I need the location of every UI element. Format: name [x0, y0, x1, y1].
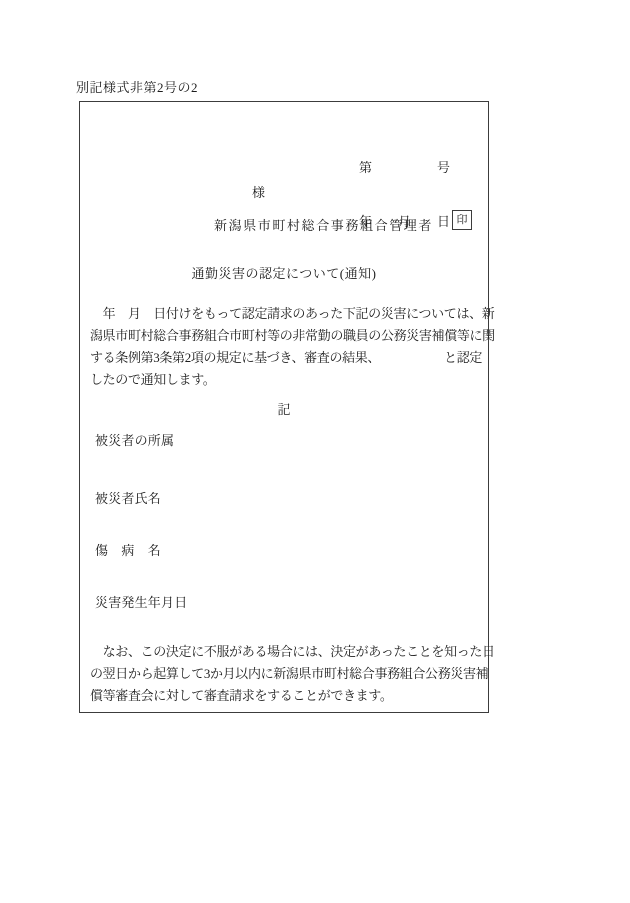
body-line: 潟県市町村総合事務組合市町村等の非常勤の職員の公務災害補償等に関: [90, 325, 482, 347]
addressee-honorific: 様: [252, 182, 265, 201]
section-marker: 記: [80, 399, 488, 418]
note-paragraph: なお、この決定に不服がある場合には、決定があったことを知った日 の翌日から起算し…: [90, 641, 482, 707]
body-paragraph: 年 月 日付けをもって認定請求のあった下記の災害については、新 潟県市町村総合事…: [90, 303, 482, 391]
document-number-block: 第 号 年 月 日: [359, 123, 450, 267]
note-line: なお、この決定に不服がある場合には、決定があったことを知った日: [90, 641, 482, 663]
body-line-right: と認定: [444, 347, 482, 369]
body-line: 年 月 日付けをもって認定請求のあった下記の災害については、新: [90, 303, 482, 325]
body-line-with-blank: する条例第3条第2項の規定に基づき、審査の結果、 と認定: [90, 347, 482, 369]
field-label-disaster-date: 災害発生年月日: [95, 592, 187, 611]
seal-icon: 印: [452, 210, 472, 230]
note-line: の翌日から起算して3か月以内に新潟県市町村総合事務組合公務災害補: [90, 663, 482, 685]
note-line: 償等審査会に対して審査請求をすることができます。: [90, 685, 482, 707]
document-page: { "document": { "form_id": "別記様式非第2号の2",…: [0, 0, 630, 903]
document-number-line: 第 号: [359, 159, 450, 177]
document-title: 通勤災害の認定について(通知): [80, 263, 488, 282]
body-line-left: する条例第3条第2項の規定に基づき、審査の結果、: [90, 347, 380, 369]
sender-name: 新潟県市町村総合事務組合管理者: [214, 215, 433, 234]
form-border-box: 第 号 年 月 日 様 新潟県市町村総合事務組合管理者 印 通勤災害の認定につい…: [79, 101, 489, 713]
field-label-victim-affiliation: 被災者の所属: [95, 430, 174, 449]
field-label-victim-name: 被災者氏名: [95, 488, 161, 507]
form-id-label: 別記様式非第2号の2: [76, 77, 198, 96]
field-label-injury-name: 傷 病 名: [95, 540, 161, 559]
body-line: したので通知します。: [90, 369, 482, 391]
